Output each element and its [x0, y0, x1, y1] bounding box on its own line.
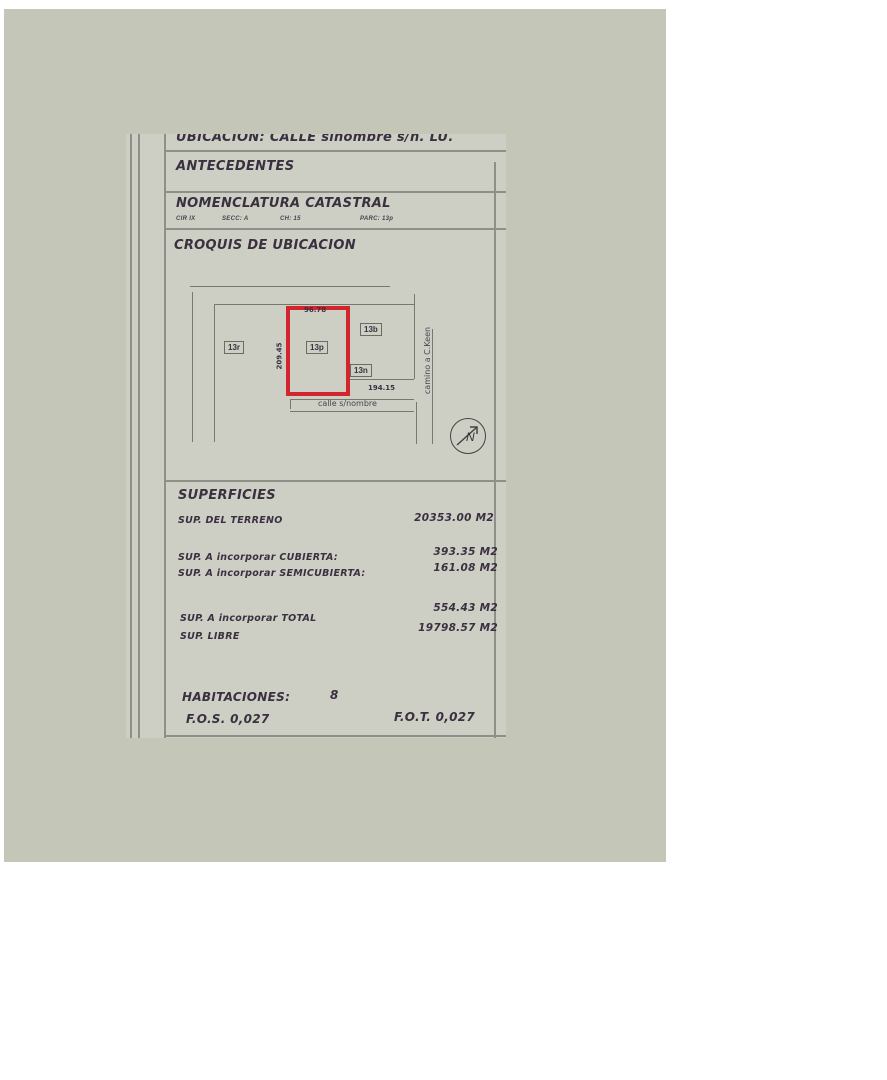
- sup-semicubierta-value: 161.08 M2: [433, 562, 498, 574]
- margin-line: [138, 134, 140, 738]
- sup-cubierta-value: 393.35 M2: [433, 546, 498, 558]
- divider: [164, 150, 506, 152]
- divider: [164, 228, 506, 230]
- habitaciones-label: HABITACIONES:: [182, 690, 290, 704]
- lot-13n: 13n: [350, 364, 372, 377]
- lot-13b: 13b: [360, 323, 382, 336]
- north-label: N: [466, 430, 475, 444]
- superficies-title: SUPERFICIES: [178, 488, 276, 503]
- sup-total-value: 554.43 M2: [433, 602, 498, 614]
- dimension-top: 96.78: [304, 306, 326, 314]
- north-arrow-icon: N: [450, 418, 486, 454]
- sup-terreno-value: 20353.00 M2: [414, 512, 494, 524]
- margin-line: [130, 134, 132, 738]
- croquis-title: CROQUIS DE UBICACION: [174, 238, 356, 253]
- margin-line: [494, 162, 496, 738]
- street-right: camino a C.Keen: [423, 327, 432, 394]
- nomenclatura-secc: SECC: A: [222, 216, 249, 222]
- margin-line: [164, 134, 166, 738]
- sup-total-label: SUP. A incorporar TOTAL: [180, 613, 317, 624]
- antecedentes-label: ANTECEDENTES: [176, 159, 294, 174]
- nomenclatura-title: NOMENCLATURA CATASTRAL: [176, 196, 391, 211]
- sup-libre-value: 19798.57 M2: [418, 622, 498, 634]
- sup-terreno-label: SUP. DEL TERRENO: [178, 515, 283, 526]
- sup-semicubierta-label: SUP. A incorporar SEMICUBIERTA:: [178, 568, 365, 579]
- lot-13r: 13r: [224, 341, 244, 354]
- fot-value: F.O.T. 0,027: [394, 710, 475, 724]
- dimension-left: 209.45: [276, 342, 284, 369]
- nomenclatura-ch: CH: 15: [280, 216, 301, 222]
- sup-cubierta-label: SUP. A incorporar CUBIERTA:: [178, 552, 338, 563]
- nomenclatura-circ: CIR IX: [176, 216, 195, 222]
- habitaciones-value: 8: [330, 688, 339, 702]
- dimension-bottom: 194.15: [368, 384, 395, 392]
- cadastral-document: UBICACION: CALLE sinombre s/n. LU. ANTEC…: [126, 134, 506, 738]
- fos-value: F.O.S. 0,027: [186, 712, 270, 726]
- ubicacion-header: UBICACION: CALLE sinombre s/n. LU.: [176, 134, 454, 145]
- nomenclatura-parc: PARC: 13p: [360, 216, 393, 222]
- street-bottom: calle s/nombre: [318, 399, 377, 408]
- lot-13p: 13p: [306, 341, 328, 354]
- divider: [164, 480, 506, 482]
- divider: [164, 735, 506, 737]
- sup-libre-label: SUP. LIBRE: [180, 631, 240, 642]
- divider: [164, 191, 506, 193]
